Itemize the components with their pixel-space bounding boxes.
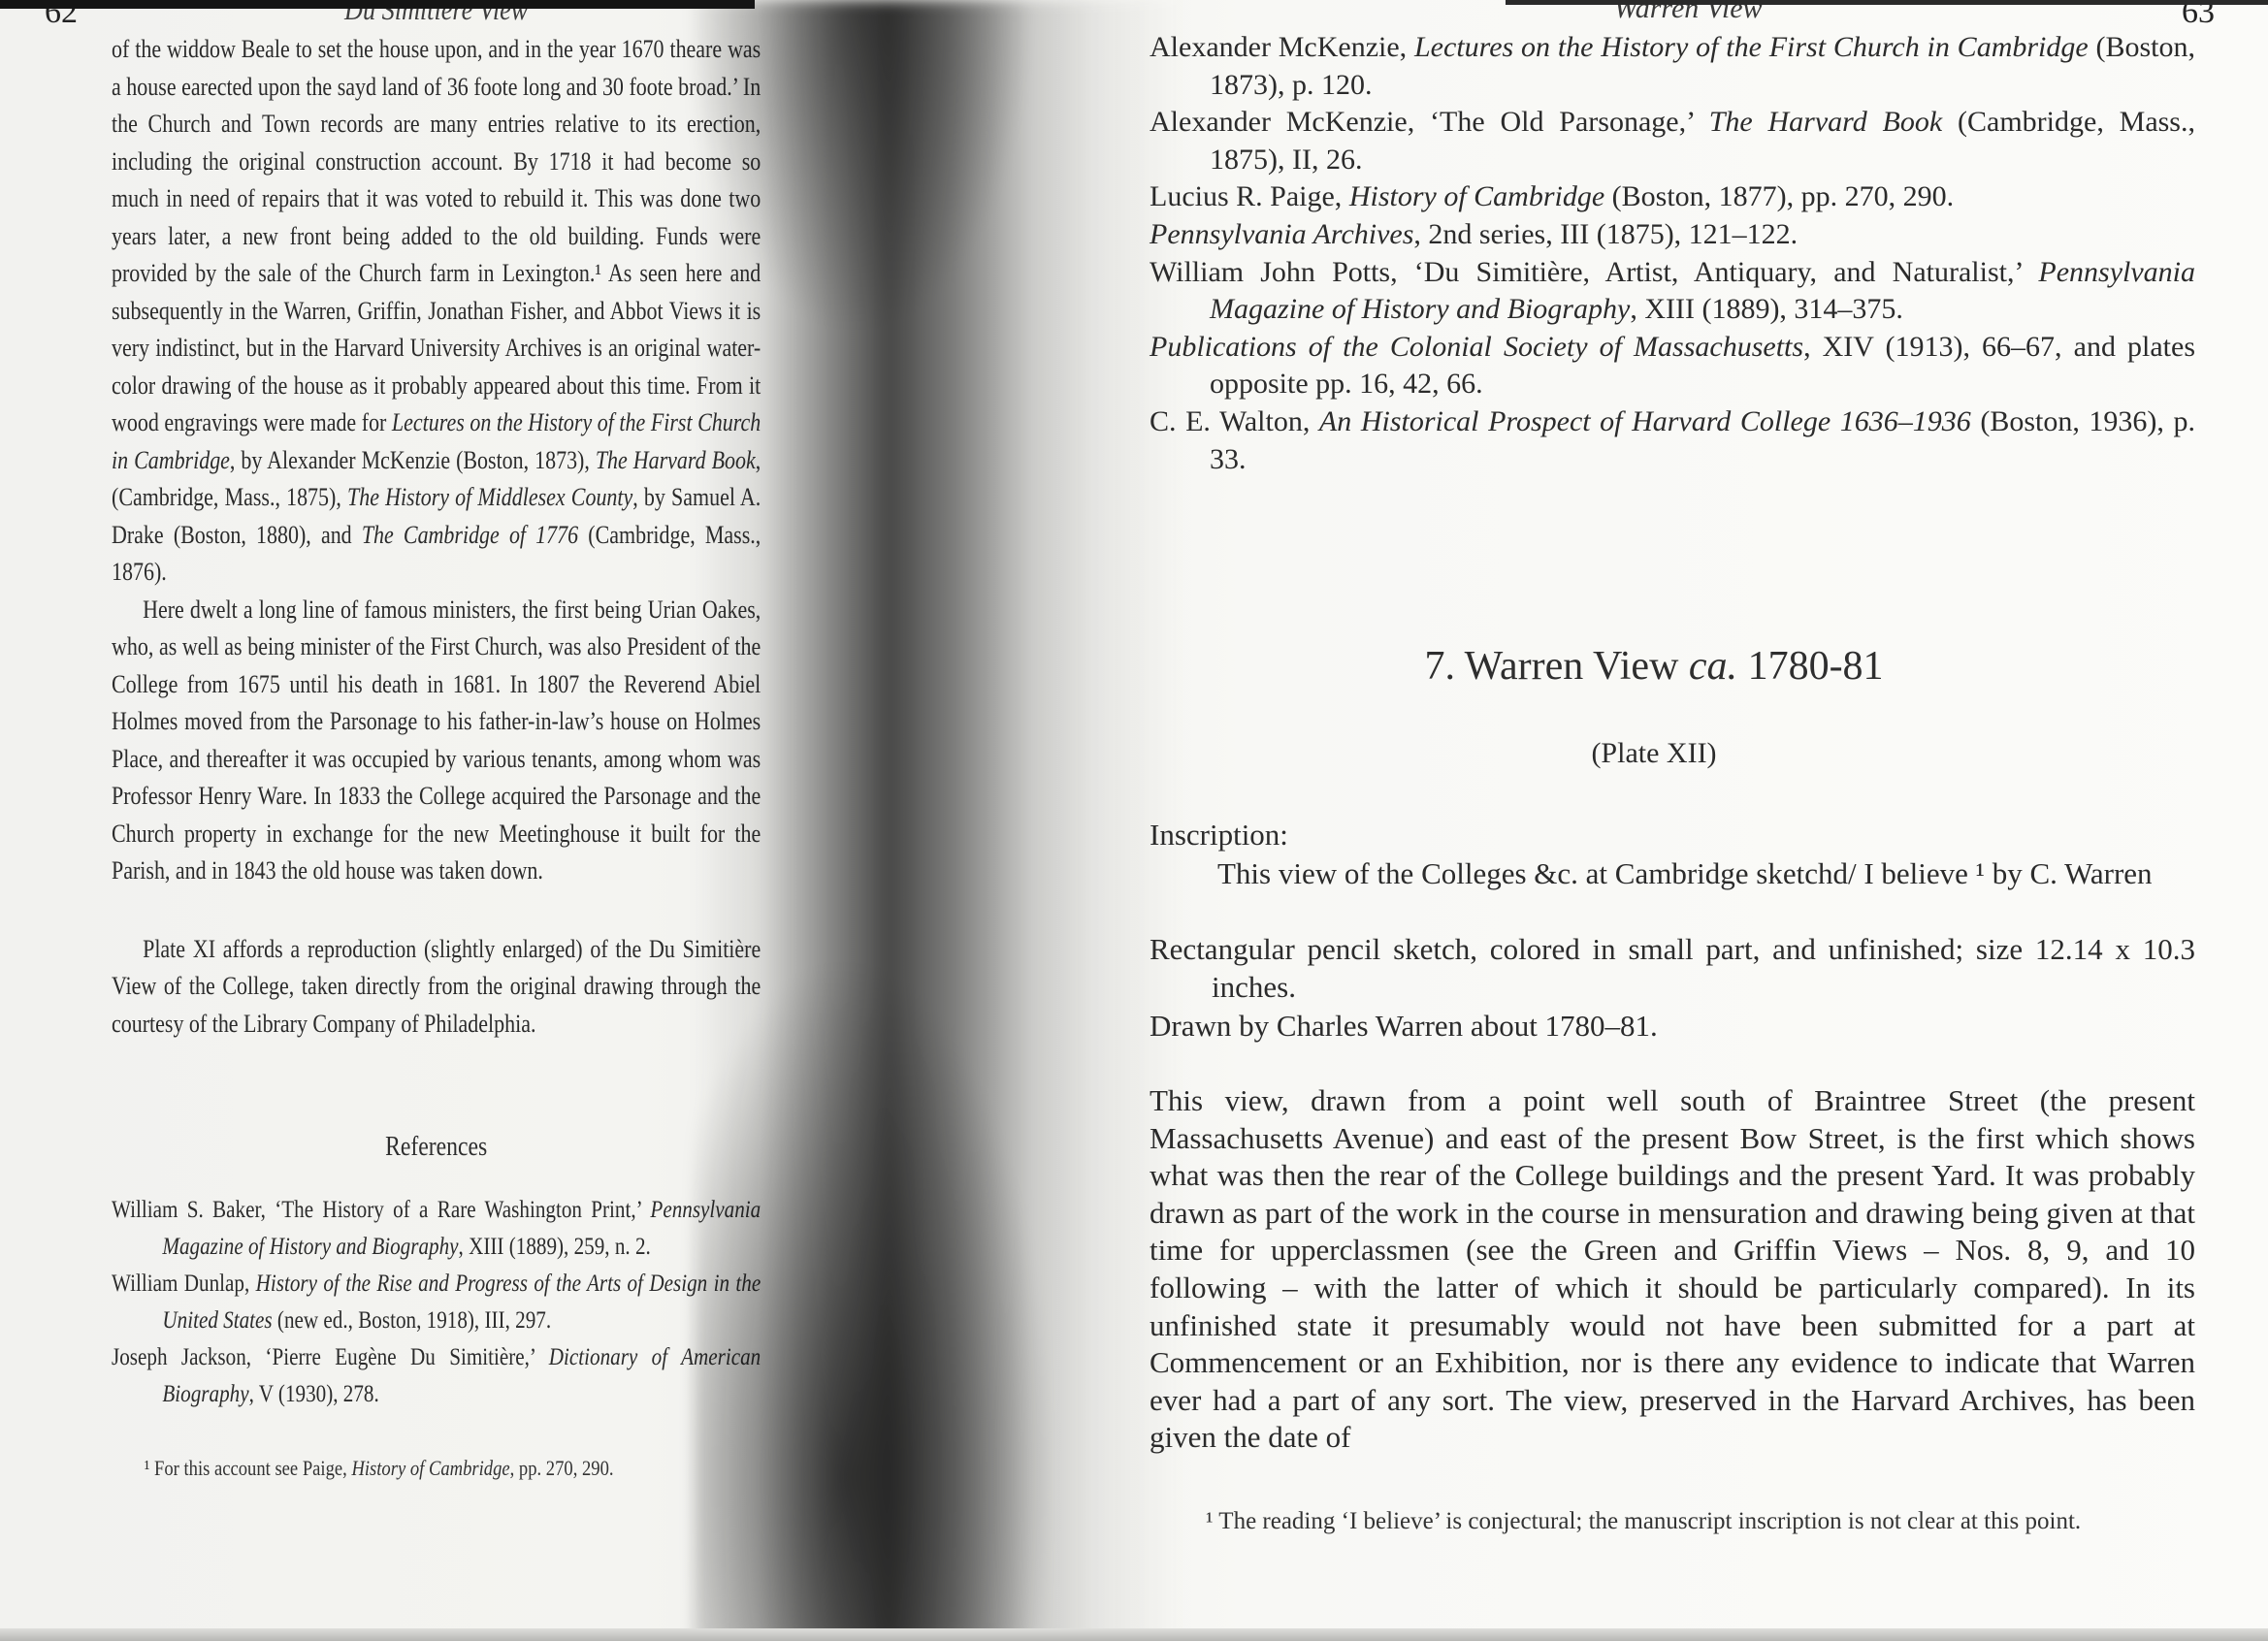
footnote: ¹ For this account see Paige, History of… [112,1454,761,1483]
paragraph: Here dwelt a long line of famous ministe… [112,592,761,890]
paragraph: of the widdow Beale to set the house upo… [112,31,761,592]
footnote: ¹ The reading ‘I believe’ is conjectural… [1150,1505,2195,1538]
reference-entry: C. E. Walton, An Historical Prospect of … [1150,403,2195,478]
page-62: Du Simitière View of the widdow Beale to… [112,0,761,1483]
section-heading: 7. Warren View ca. 1780-81 [1150,643,2158,690]
reference-entry: Lucius R. Paige, History of Cambridge (B… [1150,178,2195,216]
reference-entry: William Dunlap, History of the Rise and … [112,1266,761,1339]
reference-entry: Publications of the Colonial Society of … [1150,329,2195,403]
references-list: William S. Baker, ‘The History of a Rare… [112,1192,761,1413]
reference-entry: Alexander McKenzie, Lectures on the Hist… [1150,29,2195,104]
book-scan: 62 Du Simitière View of the widdow Beale… [0,0,2268,1641]
paragraph: Plate XI affords a reproduction (slightl… [112,931,761,1044]
reference-entry: Joseph Jackson, ‘Pierre Eugène Du Simiti… [112,1339,761,1413]
reference-entry: William S. Baker, ‘The History of a Rare… [112,1192,761,1266]
inscription-text: This view of the Colleges &c. at Cambrid… [1150,855,2197,893]
attribution-note: Drawn by Charles Warren about 1780–81. [1150,1009,2195,1044]
reference-entry: William John Potts, ‘Du Simitière, Artis… [1150,254,2195,329]
plate-caption: (Plate XII) [1150,737,2158,770]
reference-entry: Alexander McKenzie, ‘The Old Parsonage,’… [1150,104,2195,178]
scan-edge-top-left [0,0,755,9]
left-body-text: of the widdow Beale to set the house upo… [112,31,761,1043]
inscription-label: Inscription: [1150,818,1288,853]
scan-edge-bottom [0,1628,2268,1641]
medium-note: Rectangular pencil sketch, colored in sm… [1150,931,2195,1006]
body-paragraph: This view, drawn from a point well south… [1150,1082,2195,1457]
scan-edge-top-right [1506,0,2268,5]
references-list: Alexander McKenzie, Lectures on the Hist… [1150,29,2195,478]
references-heading: References [112,1132,761,1163]
reference-entry: Pennsylvania Archives, 2nd series, III (… [1150,216,2195,254]
